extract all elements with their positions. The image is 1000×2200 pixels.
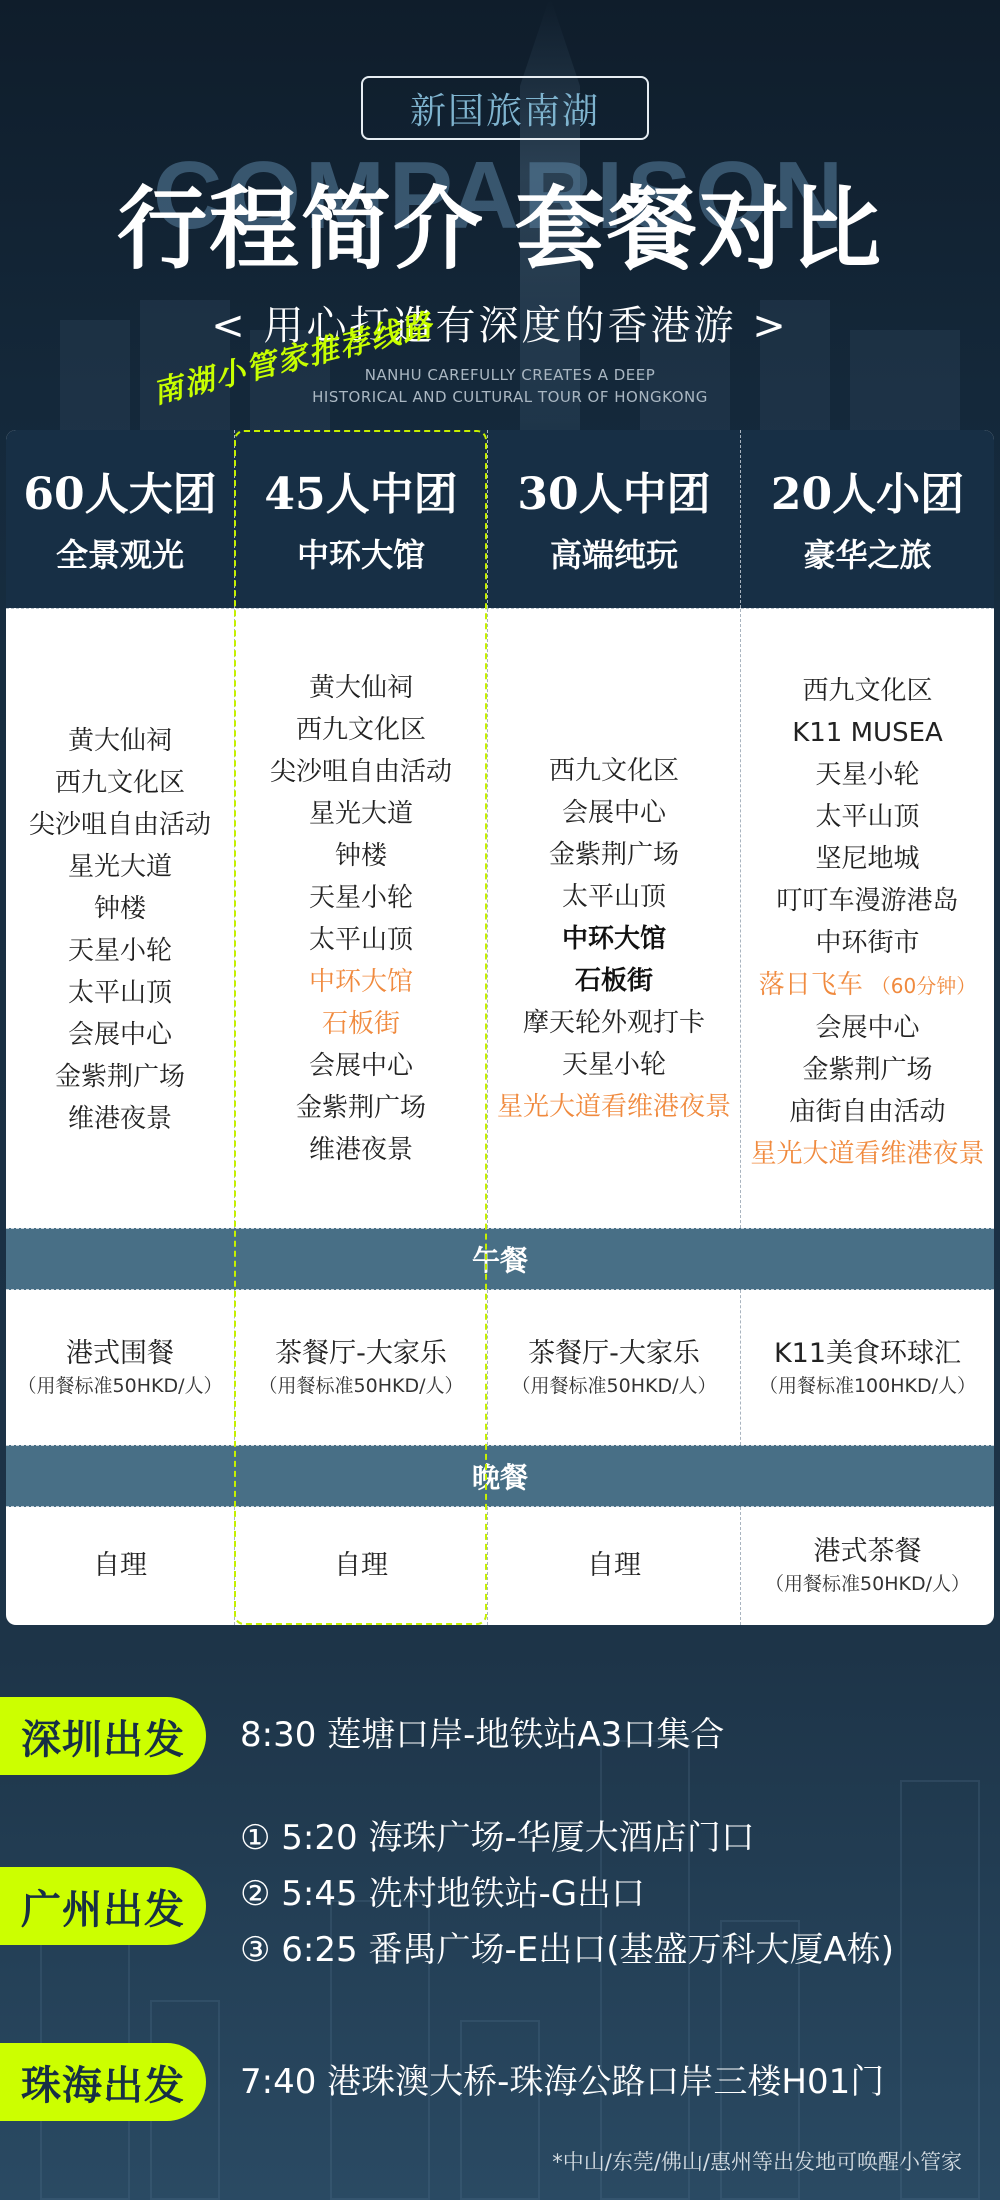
itinerary-item-label: 摩天轮外观打卡 — [523, 1008, 705, 1038]
english-tagline: NANHU CAREFULLY CREATES A DEEP HISTORICA… — [300, 364, 720, 408]
itinerary-item: 星光大道看维港夜景 — [497, 1086, 731, 1128]
subtitle: < 用心打造有深度的香港游 > — [0, 306, 1000, 346]
itinerary-item-label: 会展中心 — [68, 1020, 172, 1050]
itinerary-item: 中环大馆 — [562, 918, 666, 960]
itinerary-item-label: 中环大馆 — [562, 924, 666, 954]
itinerary-item-label: 会展中心 — [562, 798, 666, 828]
english-line-2: HISTORICAL AND CULTURAL TOUR OF HONGKONG — [300, 386, 720, 408]
package-header-30: 30人中团 高端纯玩 — [487, 430, 740, 608]
itinerary-item: 金紫荆广场 — [296, 1087, 426, 1129]
itinerary-item-label: 尖沙咀自由活动 — [270, 757, 452, 787]
dinner-row: 自理 自理 自理 港式茶餐 （用餐标准50HKD/人） — [6, 1507, 994, 1625]
itinerary-item: 太平山顶 — [562, 876, 666, 918]
meal-name: 自理 — [93, 1548, 147, 1584]
itinerary-item-label: 太平山顶 — [815, 802, 919, 832]
package-header-row: 60人大团 全景观光 45人中团 中环大馆 30人中团 高端纯玩 20人小团 豪… — [6, 430, 994, 608]
english-line-1: NANHU CAREFULLY CREATES A DEEP — [300, 364, 720, 386]
meal-name: 自理 — [587, 1548, 641, 1584]
itinerary-item: 太平山顶 — [815, 796, 919, 838]
meal-standard: （用餐标准50HKD/人） — [259, 1372, 464, 1400]
group-size: 60人大团 — [23, 473, 216, 517]
itinerary-item-label: 维港夜景 — [309, 1135, 413, 1165]
itinerary-item-label: 中环大馆 — [309, 967, 413, 997]
meal-name: 港式围餐 — [66, 1336, 174, 1372]
itinerary-item-label: 坚尼地城 — [815, 844, 919, 874]
itinerary-item: 太平山顶 — [309, 919, 413, 961]
itinerary-item: K11 MUSEA — [792, 712, 943, 754]
dinner-cell: 自理 — [234, 1507, 487, 1625]
package-header-20: 20人小团 豪华之旅 — [740, 430, 994, 608]
itinerary-item-label: 落日飞车 — [759, 970, 863, 1000]
itinerary-item: 星光大道 — [309, 793, 413, 835]
departure-shenzhen: 深圳出发 — [0, 1697, 206, 1775]
dinner-cell: 自理 — [6, 1507, 234, 1625]
departure-city-badge: 深圳出发 — [0, 1697, 206, 1775]
package-theme: 全景观光 — [56, 539, 184, 571]
itinerary-row: 黄大仙祠西九文化区尖沙咀自由活动星光大道钟楼天星小轮太平山顶会展中心金紫荆广场维… — [6, 608, 994, 1228]
departure-line: 7:40 港珠澳大桥-珠海公路口岸三楼H01门 — [240, 2054, 884, 2110]
lunch-row: 港式围餐 （用餐标准50HKD/人） 茶餐厅-大家乐 （用餐标准50HKD/人）… — [6, 1290, 994, 1445]
itinerary-item-label: 叮叮车漫游港岛 — [776, 886, 958, 916]
itinerary-item: 金紫荆广场 — [549, 834, 679, 876]
meal-name: 自理 — [334, 1548, 388, 1584]
package-theme: 豪华之旅 — [803, 539, 931, 571]
package-header-60: 60人大团 全景观光 — [6, 430, 234, 608]
itinerary-item: 会展中心 — [309, 1045, 413, 1087]
itinerary-item: 西九文化区 — [55, 762, 185, 804]
itinerary-item-label: 金紫荆广场 — [296, 1093, 426, 1123]
itinerary-item: 石板街 — [575, 960, 653, 1002]
itinerary-item-label: 石板街 — [322, 1009, 400, 1039]
departure-city-badge: 珠海出发 — [0, 2043, 206, 2121]
departure-guangzhou: 广州出发 — [0, 1867, 206, 1945]
itinerary-item: 西九文化区 — [802, 670, 932, 712]
meal-name: 港式茶餐 — [814, 1534, 922, 1570]
package-theme: 高端纯玩 — [550, 539, 678, 571]
itinerary-item: 金紫荆广场 — [55, 1056, 185, 1098]
itinerary-item-label: 钟楼 — [94, 894, 146, 924]
itinerary-item-label: 天星小轮 — [309, 883, 413, 913]
meal-standard: （用餐标准100HKD/人） — [759, 1372, 976, 1400]
departure-line: ③ 6:25 番禺广场-E出口(基盛万科大厦A栋) — [240, 1922, 894, 1978]
group-size: 45人中团 — [264, 473, 457, 517]
itinerary-item: 会展中心 — [562, 792, 666, 834]
itinerary-item: 落日飞车（60分钟） — [759, 964, 976, 1007]
meal-standard: （用餐标准50HKD/人） — [765, 1570, 970, 1598]
itinerary-item: 天星小轮 — [309, 877, 413, 919]
itinerary-item-label: 星光大道看维港夜景 — [750, 1139, 984, 1169]
itinerary-item-label: 黄大仙祠 — [309, 673, 413, 703]
itinerary-item-label: 太平山顶 — [562, 882, 666, 912]
group-size: 20人小团 — [771, 473, 964, 517]
itinerary-item-label: 尖沙咀自由活动 — [29, 810, 211, 840]
departure-city-badge: 广州出发 — [0, 1867, 206, 1945]
meal-standard: （用餐标准50HKD/人） — [18, 1372, 223, 1400]
itinerary-item-label: 金紫荆广场 — [55, 1062, 185, 1092]
itinerary-item-label: 石板街 — [575, 966, 653, 996]
itinerary-item: 黄大仙祠 — [309, 667, 413, 709]
itinerary-item-label: 星光大道看维港夜景 — [497, 1092, 731, 1122]
itinerary-item-label: 西九文化区 — [802, 676, 932, 706]
dinner-cell: 自理 — [487, 1507, 740, 1625]
lunch-cell: K11美食环球汇 （用餐标准100HKD/人） — [740, 1290, 994, 1445]
page-title: 行程简介套餐对比 — [0, 185, 1000, 275]
meal-name: 茶餐厅-大家乐 — [275, 1336, 447, 1372]
itinerary-item: 天星小轮 — [815, 754, 919, 796]
group-size: 30人中团 — [517, 473, 710, 517]
itinerary-item: 太平山顶 — [68, 972, 172, 1014]
building-outline — [460, 2020, 540, 2200]
itinerary-list-20: 西九文化区K11 MUSEA天星小轮太平山顶坚尼地城叮叮车漫游港岛中环街市落日飞… — [740, 609, 994, 1228]
itinerary-item: 天星小轮 — [562, 1044, 666, 1086]
departure-line: ① 5:20 海珠广场-华厦大酒店门口 — [240, 1810, 894, 1866]
itinerary-item-label: 天星小轮 — [562, 1050, 666, 1080]
title-part-comparison: 套餐对比 — [515, 177, 883, 282]
lunch-cell: 茶餐厅-大家乐 （用餐标准50HKD/人） — [234, 1290, 487, 1445]
itinerary-item: 维港夜景 — [309, 1129, 413, 1171]
lunch-cell: 港式围餐 （用餐标准50HKD/人） — [6, 1290, 234, 1445]
itinerary-item: 黄大仙祠 — [68, 720, 172, 762]
itinerary-item: 金紫荆广场 — [802, 1049, 932, 1091]
departure-zhuhai-details: 7:40 港珠澳大桥-珠海公路口岸三楼H01门 — [240, 2054, 884, 2110]
footnote: *中山/东莞/佛山/惠州等出发地可唤醒小管家 — [552, 2146, 962, 2176]
itinerary-item-label: 星光大道 — [68, 852, 172, 882]
meal-standard: （用餐标准50HKD/人） — [512, 1372, 717, 1400]
itinerary-item: 星光大道 — [68, 846, 172, 888]
itinerary-item-label: 星光大道 — [309, 799, 413, 829]
departure-line: 8:30 莲塘口岸-地铁站A3口集合 — [240, 1707, 724, 1763]
brand-badge: 新国旅南湖 — [361, 76, 649, 140]
package-theme: 中环大馆 — [297, 539, 425, 571]
departure-shenzhen-details: 8:30 莲塘口岸-地铁站A3口集合 — [240, 1707, 724, 1763]
meal-name: 茶餐厅-大家乐 — [528, 1336, 700, 1372]
title-part-itinerary: 行程简介 — [117, 177, 485, 282]
itinerary-item-label: 太平山顶 — [68, 978, 172, 1008]
itinerary-item-label: 西九文化区 — [549, 756, 679, 786]
lunch-cell: 茶餐厅-大家乐 （用餐标准50HKD/人） — [487, 1290, 740, 1445]
itinerary-item-label: 中环街市 — [815, 928, 919, 958]
itinerary-item: 中环街市 — [815, 922, 919, 964]
itinerary-item-label: 金紫荆广场 — [802, 1055, 932, 1085]
package-comparison-table: 60人大团 全景观光 45人中团 中环大馆 30人中团 高端纯玩 20人小团 豪… — [6, 430, 994, 1625]
itinerary-item: 坚尼地城 — [815, 838, 919, 880]
itinerary-item-label: 天星小轮 — [68, 936, 172, 966]
itinerary-item-label: 庙街自由活动 — [789, 1097, 945, 1127]
itinerary-item: 尖沙咀自由活动 — [29, 804, 211, 846]
itinerary-item-label: 太平山顶 — [309, 925, 413, 955]
itinerary-item-label: 黄大仙祠 — [68, 726, 172, 756]
building-outline — [900, 1780, 980, 2200]
itinerary-item: 维港夜景 — [68, 1098, 172, 1140]
itinerary-item: 尖沙咀自由活动 — [270, 751, 452, 793]
itinerary-item-label: 钟楼 — [335, 841, 387, 871]
dinner-section-header: 晚餐 — [6, 1445, 994, 1507]
departure-line: ② 5:45 冼村地铁站-G出口 — [240, 1866, 894, 1922]
itinerary-item: 天星小轮 — [68, 930, 172, 972]
itinerary-item-label: 会展中心 — [815, 1013, 919, 1043]
itinerary-item-note: （60分钟） — [871, 974, 976, 998]
itinerary-item: 摩天轮外观打卡 — [523, 1002, 705, 1044]
itinerary-item: 石板街 — [322, 1003, 400, 1045]
itinerary-item: 西九文化区 — [296, 709, 426, 751]
itinerary-item: 西九文化区 — [549, 750, 679, 792]
itinerary-list-30: 西九文化区会展中心金紫荆广场太平山顶中环大馆石板街摩天轮外观打卡天星小轮星光大道… — [487, 609, 740, 1228]
itinerary-list-60: 黄大仙祠西九文化区尖沙咀自由活动星光大道钟楼天星小轮太平山顶会展中心金紫荆广场维… — [6, 609, 234, 1228]
itinerary-item: 叮叮车漫游港岛 — [776, 880, 958, 922]
itinerary-item-label: 金紫荆广场 — [549, 840, 679, 870]
itinerary-item-label: 维港夜景 — [68, 1104, 172, 1134]
itinerary-item-label: K11 MUSEA — [792, 718, 943, 748]
itinerary-item: 中环大馆 — [309, 961, 413, 1003]
package-header-45: 45人中团 中环大馆 — [234, 430, 487, 608]
itinerary-item: 会展中心 — [68, 1014, 172, 1056]
itinerary-list-45: 黄大仙祠西九文化区尖沙咀自由活动星光大道钟楼天星小轮太平山顶中环大馆石板街会展中… — [234, 609, 487, 1228]
itinerary-item-label: 天星小轮 — [815, 760, 919, 790]
itinerary-item: 庙街自由活动 — [789, 1091, 945, 1133]
itinerary-item-label: 西九文化区 — [296, 715, 426, 745]
itinerary-item-label: 西九文化区 — [55, 768, 185, 798]
itinerary-item-label: 会展中心 — [309, 1051, 413, 1081]
itinerary-item: 钟楼 — [335, 835, 387, 877]
departure-guangzhou-details: ① 5:20 海珠广场-华厦大酒店门口 ② 5:45 冼村地铁站-G出口 ③ 6… — [240, 1810, 894, 1978]
itinerary-item: 钟楼 — [94, 888, 146, 930]
lunch-section-header: 午餐 — [6, 1228, 994, 1290]
departure-zhuhai: 珠海出发 — [0, 2043, 206, 2121]
meal-name: K11美食环球汇 — [774, 1336, 961, 1372]
itinerary-item: 会展中心 — [815, 1007, 919, 1049]
dinner-cell: 港式茶餐 （用餐标准50HKD/人） — [740, 1507, 994, 1625]
itinerary-item: 星光大道看维港夜景 — [750, 1133, 984, 1175]
